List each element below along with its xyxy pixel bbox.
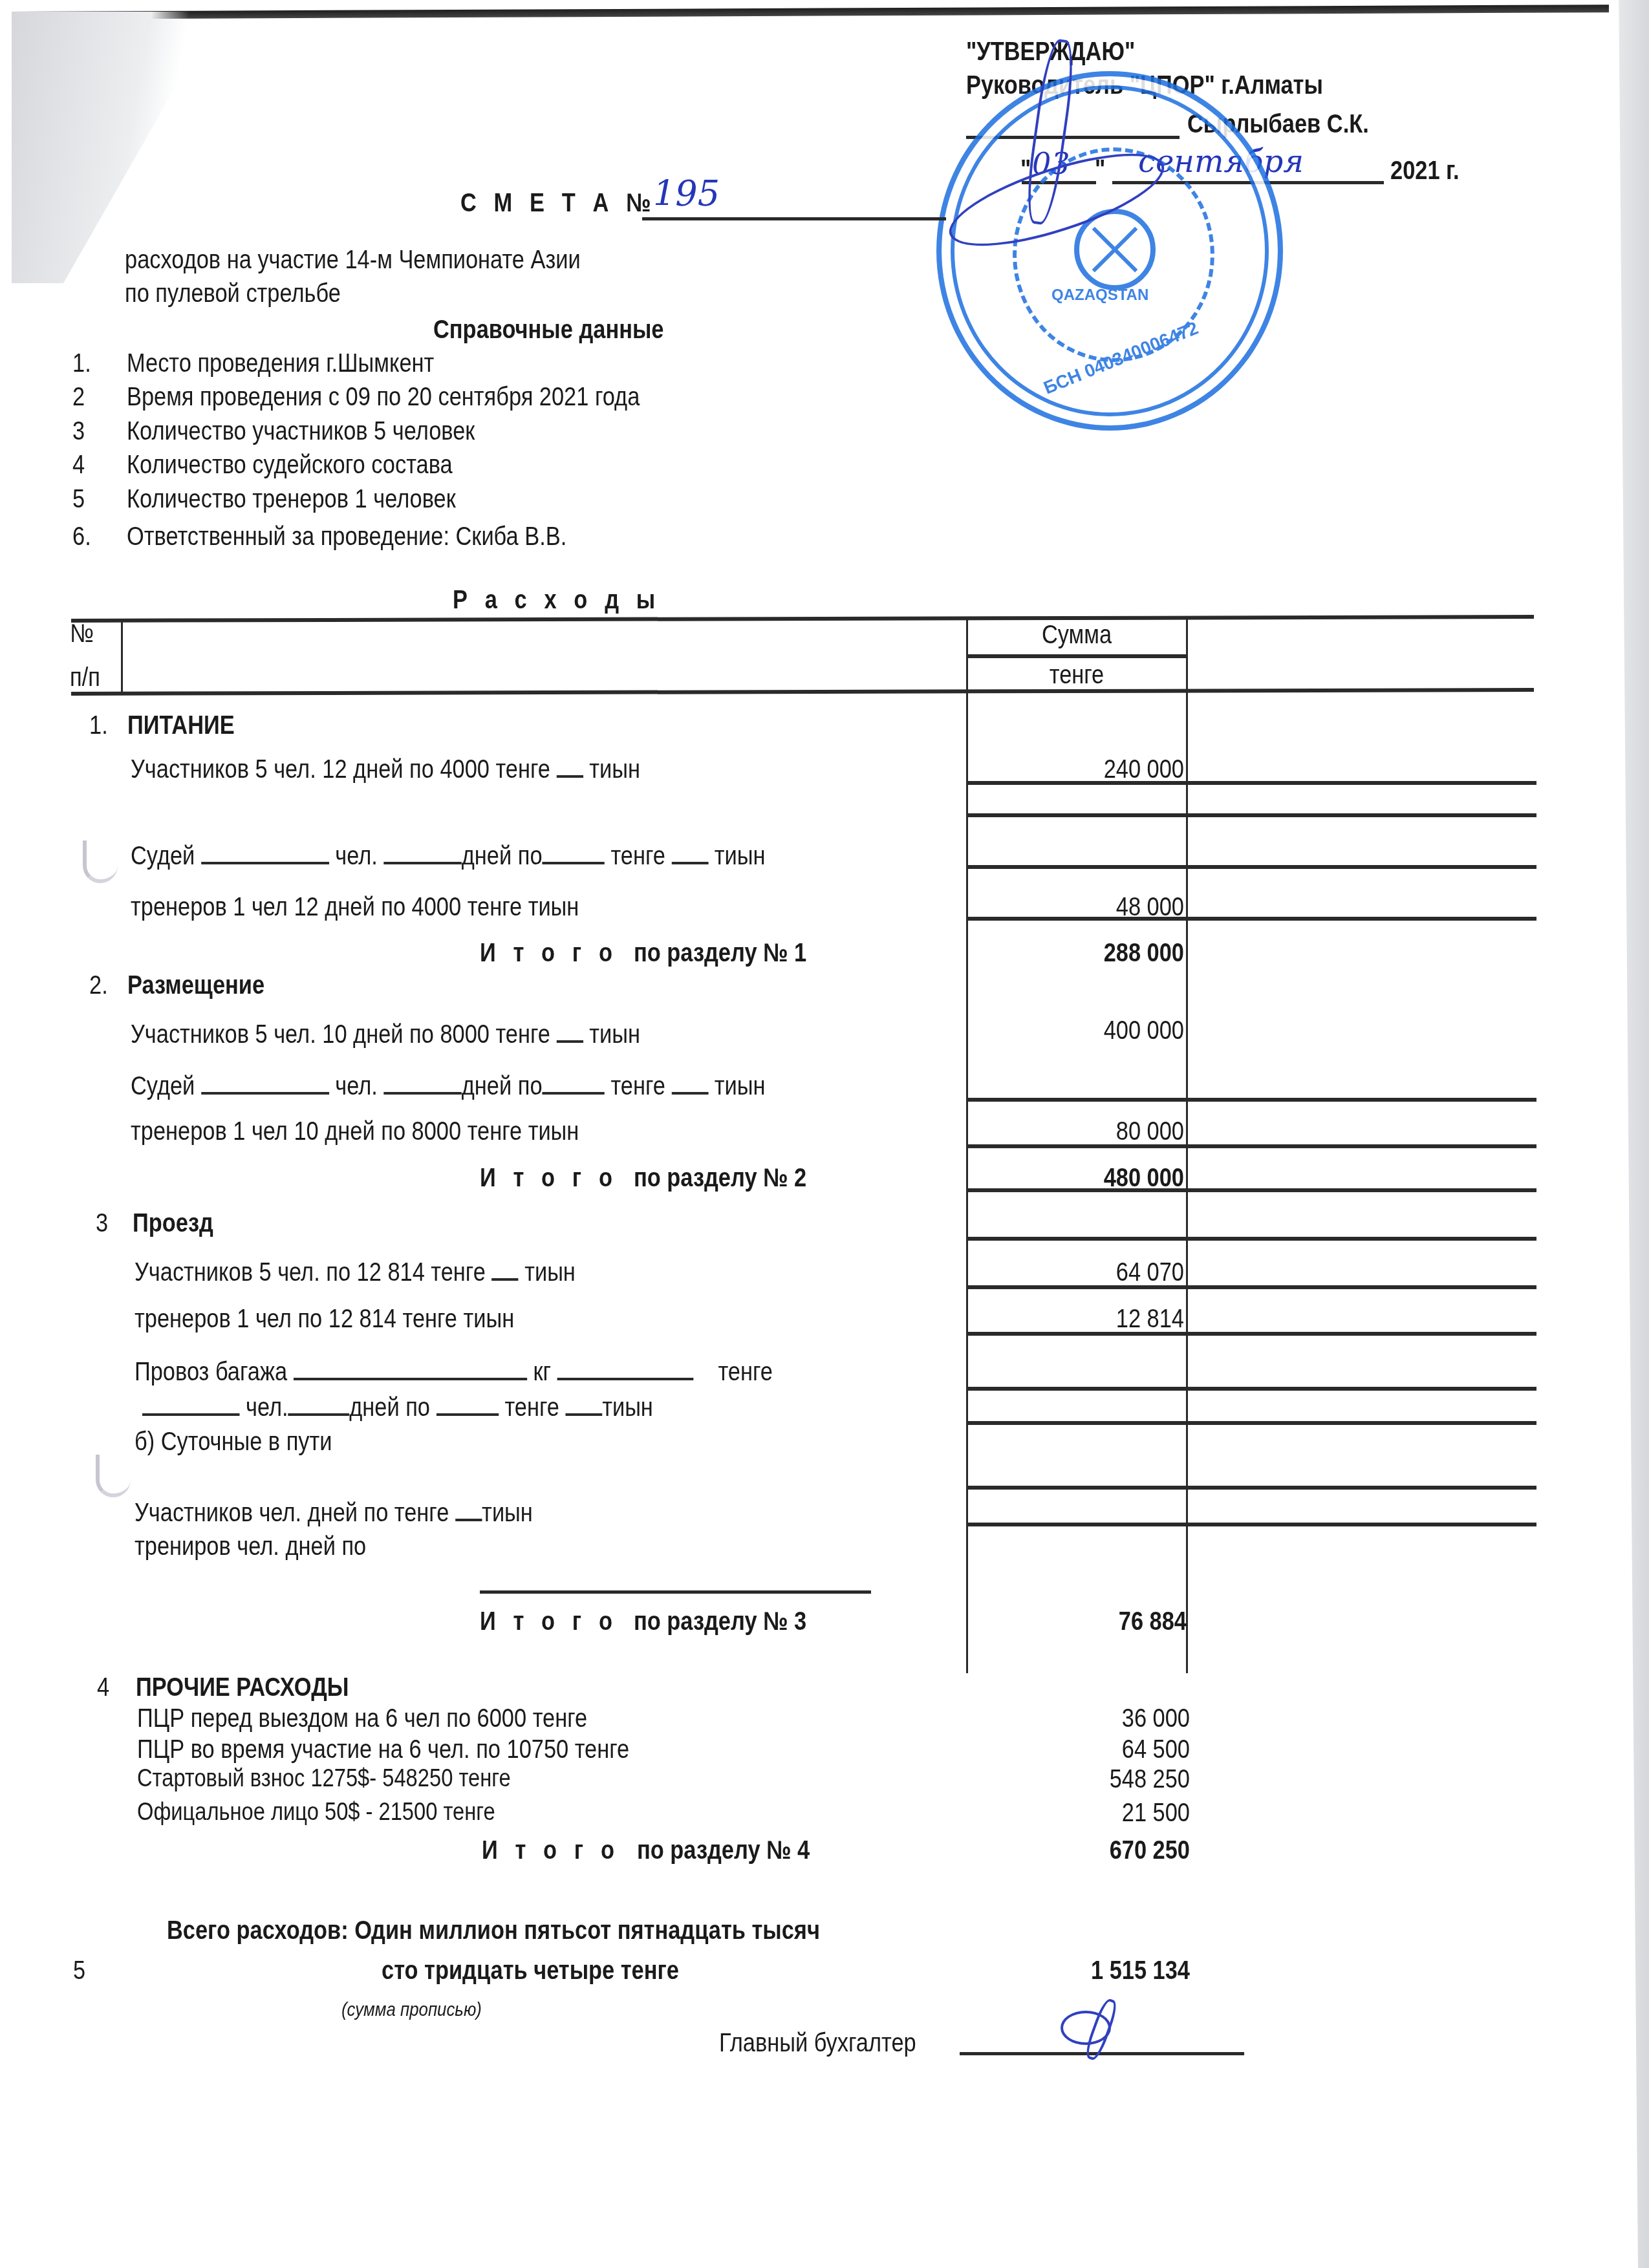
subtitle-line-1: расходов на участие 14-м Чемпионате Азии bbox=[125, 246, 581, 275]
section-4-row-amount: 64 500 bbox=[998, 1735, 1190, 1764]
section-2-row-coaches-amount: 80 000 bbox=[997, 1117, 1184, 1146]
section-1-title: ПИТАНИЕ bbox=[127, 711, 235, 740]
reference-item-num: 2 bbox=[72, 383, 85, 412]
row-line bbox=[967, 813, 1536, 817]
table-top-border bbox=[71, 615, 1534, 623]
row-line bbox=[967, 1332, 1536, 1336]
expenses-heading: Р а с х о д ы bbox=[453, 586, 661, 615]
reference-item-num: 3 bbox=[72, 417, 85, 446]
section-4-row-text: Стартовый взнос 1275$- 548250 тенге bbox=[137, 1765, 511, 1793]
section-4-row-text: Офицальное лицо 50$ - 21500 тенге bbox=[137, 1799, 495, 1826]
chief-accountant-signature-line bbox=[960, 2052, 1244, 2055]
section-2-num: 2. bbox=[89, 971, 108, 1000]
scanner-shadow-right bbox=[1594, 0, 1649, 2268]
sum-header-divider bbox=[967, 654, 1187, 658]
paperclip-mark bbox=[96, 1455, 131, 1497]
reference-item-text: Ответственный за проведение: Скиба В.В. bbox=[127, 522, 566, 551]
section-4-total: 670 250 bbox=[998, 1836, 1190, 1865]
section-3-row-coaches-amount: 12 814 bbox=[997, 1305, 1184, 1334]
scanner-shadow-corner bbox=[12, 12, 219, 283]
table-header-bottom-border bbox=[71, 688, 1534, 696]
num-column-divider bbox=[121, 619, 123, 694]
reference-item-text: Количество судейского состава bbox=[127, 451, 453, 480]
section-1-total-label-b: по разделу № 1 bbox=[634, 939, 806, 968]
section-3-total-separator bbox=[480, 1590, 871, 1594]
section-2-total-label: И т о г о bbox=[480, 1164, 618, 1193]
reference-heading: Справочные данные bbox=[433, 316, 663, 345]
chief-accountant-label: Главный бухгалтер bbox=[719, 2029, 916, 2058]
section-4-row-text: ПЦР перед выездом на 6 чел по 6000 тенге bbox=[137, 1704, 587, 1733]
row-line bbox=[967, 865, 1536, 869]
row-line bbox=[967, 1188, 1536, 1192]
grand-total-num: 5 bbox=[73, 1956, 85, 1985]
section-1-num: 1. bbox=[89, 711, 108, 740]
section-3-baggage: Провоз багажа кг тенге bbox=[135, 1358, 773, 1387]
section-3-num: 3 bbox=[96, 1209, 108, 1238]
header-num-bottom: п/п bbox=[70, 663, 100, 692]
scanner-shadow-top bbox=[12, 5, 1609, 19]
section-4-row-amount: 21 500 bbox=[998, 1799, 1190, 1828]
row-line bbox=[967, 1144, 1536, 1148]
reference-item-text: Время проведения с 09 по 20 сентября 202… bbox=[127, 383, 640, 412]
section-3-row-coaches: тренеров 1 чел по 12 814 тенге тиын bbox=[135, 1305, 514, 1334]
header-sum-top: Сумма bbox=[982, 621, 1171, 650]
section-3-per-diem-coaches: трениров чел. дней по bbox=[135, 1532, 366, 1561]
section-3-total: 76 884 bbox=[998, 1607, 1187, 1636]
section-1-total: 288 000 bbox=[997, 939, 1184, 968]
row-line bbox=[967, 917, 1536, 921]
grand-total-label-line-2: сто тридцать четыре тенге bbox=[382, 1956, 679, 1985]
section-3-per-diem-participants: Участников чел. дней по тенге тиын bbox=[135, 1499, 533, 1528]
subtitle-line-2: по пулевой стрельбе bbox=[125, 279, 341, 308]
paperclip-mark bbox=[83, 840, 118, 883]
reference-item-num: 5 bbox=[72, 485, 85, 514]
section-4-total-label-b: по разделу № 4 bbox=[637, 1836, 810, 1865]
section-4-num: 4 bbox=[97, 1673, 109, 1702]
grand-total-caption: (сумма прописью) bbox=[341, 1999, 482, 2021]
section-2-title: Размещение bbox=[127, 971, 264, 1000]
section-1-row-judges: Судей чел. дней по тенге тиын bbox=[131, 842, 765, 871]
row-line bbox=[967, 1486, 1536, 1490]
section-2-row-judges: Судей чел. дней по тенге тиын bbox=[131, 1072, 765, 1101]
reference-item-text: Количество тренеров 1 человек bbox=[127, 485, 456, 514]
row-line bbox=[967, 781, 1536, 785]
section-3-total-label: И т о г о bbox=[480, 1607, 618, 1636]
section-4-total-label: И т о г о bbox=[482, 1836, 620, 1865]
section-1-total-label: И т о г о bbox=[480, 939, 618, 968]
estimate-number: 195 bbox=[653, 173, 720, 214]
section-3-per-diem-title: б) Суточные в пути bbox=[135, 1428, 332, 1457]
row-line bbox=[967, 1237, 1536, 1241]
grand-total-amount: 1 515 134 bbox=[998, 1956, 1190, 1985]
section-4-row-amount: 548 250 bbox=[998, 1765, 1190, 1794]
section-1-row-participants-amount: 240 000 bbox=[997, 755, 1184, 784]
section-2-row-participants-amount: 400 000 bbox=[997, 1016, 1184, 1045]
section-2-total-label-b: по разделу № 2 bbox=[634, 1164, 806, 1193]
section-2-row-coaches: тренеров 1 чел 10 дней по 8000 тенге тиы… bbox=[131, 1117, 579, 1146]
reference-item-num: 4 bbox=[72, 451, 85, 480]
official-stamp: QAZAQSTAN БСН 040340006472 bbox=[936, 71, 1283, 431]
section-1-row-coaches: тренеров 1 чел 12 дней по 4000 тенге тиы… bbox=[131, 893, 579, 922]
section-4-row-text: ПЦР во время участие на 6 чел. по 10750 … bbox=[137, 1735, 629, 1764]
section-3-row-participants: Участников 5 чел. по 12 814 тенге тиын bbox=[135, 1258, 576, 1287]
reference-item-text: Количество участников 5 человек bbox=[127, 417, 475, 446]
approval-date-year: 2021 г. bbox=[1390, 156, 1460, 186]
header-num-top: № bbox=[70, 619, 94, 648]
section-2-row-participants: Участников 5 чел. 10 дней по 8000 тенге … bbox=[131, 1020, 640, 1049]
row-line bbox=[967, 1421, 1536, 1425]
estimate-number-line bbox=[642, 217, 946, 220]
section-3-baggage-line-2: чел.дней по тенге тиын bbox=[142, 1393, 653, 1422]
reference-item-num: 6. bbox=[72, 522, 91, 551]
section-1-row-participants: Участников 5 чел. 12 дней по 4000 тенге … bbox=[131, 755, 640, 784]
reference-item-num: 1. bbox=[72, 349, 91, 378]
section-4-title: ПРОЧИЕ РАСХОДЫ bbox=[136, 1673, 349, 1702]
section-3-total-label-b: по разделу № 3 bbox=[634, 1607, 806, 1636]
header-sum-bottom: тенге bbox=[982, 661, 1171, 690]
grand-total-label-line-1: Всего расходов: Один миллион пятьсот пят… bbox=[167, 1916, 820, 1945]
row-line bbox=[967, 1098, 1536, 1102]
section-3-row-participants-amount: 64 070 bbox=[997, 1258, 1184, 1287]
row-line bbox=[967, 1523, 1536, 1526]
section-4-row-amount: 36 000 bbox=[998, 1704, 1190, 1733]
estimate-title: С М Е Т А № bbox=[460, 189, 656, 218]
row-line bbox=[967, 1387, 1536, 1391]
stamp-country: QAZAQSTAN bbox=[1051, 286, 1148, 305]
section-3-title: Проезд bbox=[133, 1209, 213, 1238]
row-line bbox=[967, 1285, 1536, 1289]
reference-item-text: Место проведения г.Шымкент bbox=[127, 349, 434, 378]
